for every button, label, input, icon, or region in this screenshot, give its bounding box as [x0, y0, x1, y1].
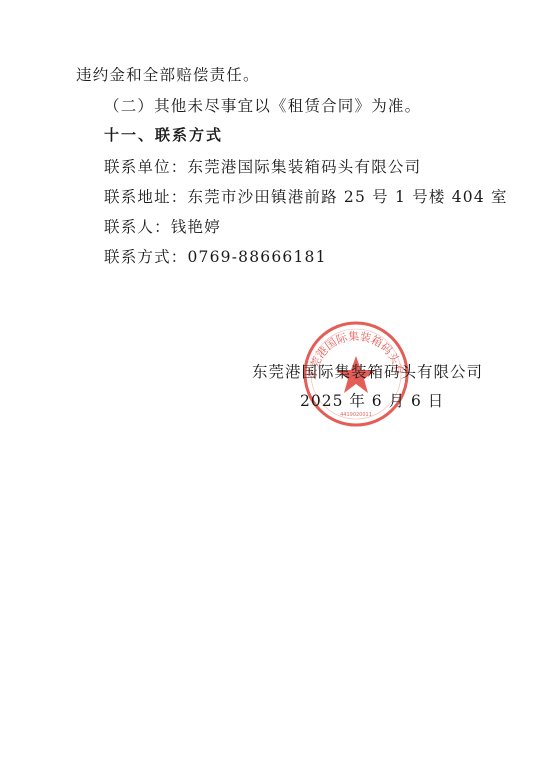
section-heading: 十一、联系方式 — [104, 124, 223, 145]
signature-date: 2025 年 6 月 6 日 — [300, 389, 444, 411]
svg-text:4419020011: 4419020011 — [340, 412, 372, 418]
contact-person: 联系人：钱艳婷 — [104, 215, 221, 237]
contact-unit: 联系单位：东莞港国际集装箱码头有限公司 — [104, 155, 421, 177]
body-line-2: （二）其他未尽事宜以《租赁合同》为准。 — [104, 94, 421, 116]
contact-phone: 联系方式：0769-88666181 — [104, 245, 327, 267]
contact-address: 联系地址：东莞市沙田镇港前路 25 号 1 号楼 404 室 — [104, 185, 508, 207]
signature-company: 东莞港国际集装箱码头有限公司 — [252, 360, 483, 382]
body-line-1: 违约金和全部赔偿责任。 — [76, 63, 260, 85]
